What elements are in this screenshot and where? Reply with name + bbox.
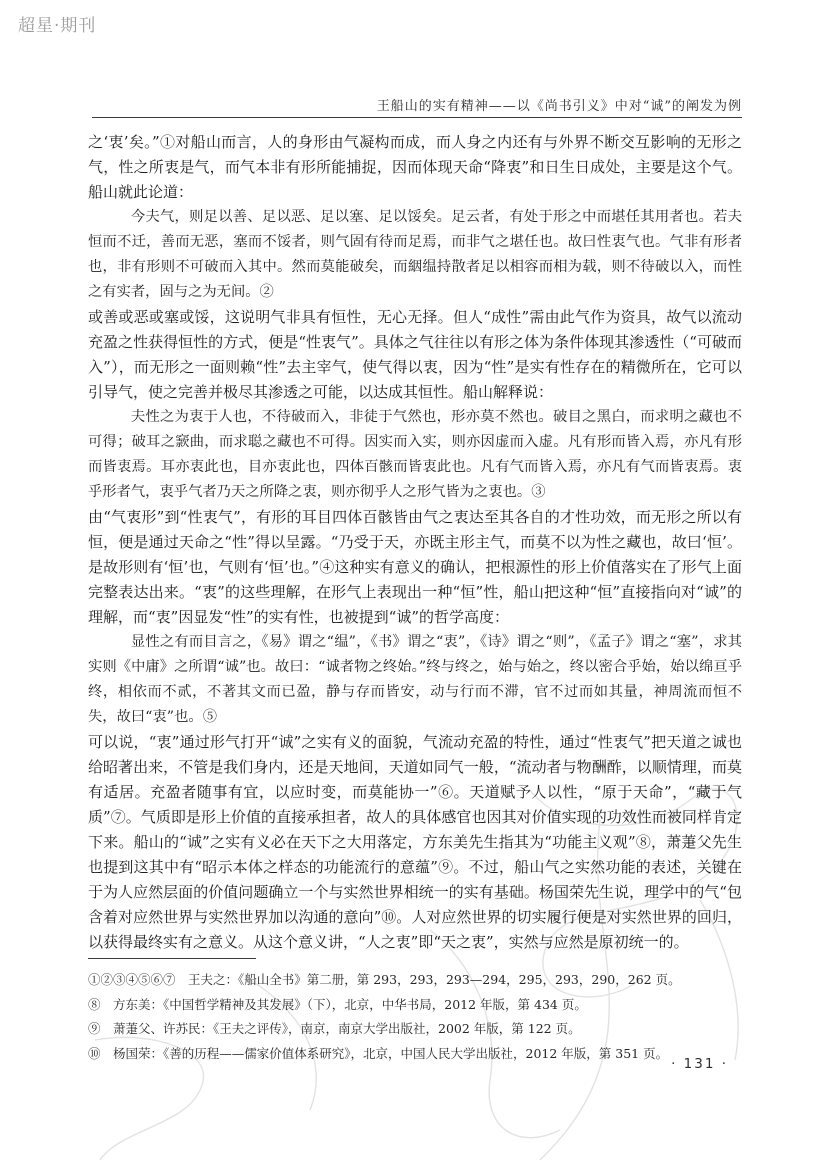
footnote-divider xyxy=(88,958,256,959)
footnote-item: ①②③④⑤⑥⑦ 王夫之：《船山全书》第二册，第 293，293，293—294，… xyxy=(88,968,742,993)
paragraph: 或善或恶或塞或馁，这说明气非具有恒性，无心无择。但人“成性”需由此气作为资具，故… xyxy=(88,305,742,405)
running-head-title: 王船山的实有精神——以《尚书引义》中对“诚”的阐发为例 xyxy=(92,95,742,114)
footnote-item: ⑨ 萧萐父、许苏民：《王夫之评传》，南京，南京大学出版社，2002 年版，第 1… xyxy=(88,1017,742,1042)
paragraph: 之‘衷’矣。”①对船山而言，人的身形由气凝构而成，而人身之内还有与外界不断交互影… xyxy=(88,130,742,205)
quote-block: 夫性之为衷于人也，不待破而入，非徒于气然也，形亦莫不然也。破目之黑白，而求明之藏… xyxy=(88,405,742,505)
platform-watermark: 超星·期刊 xyxy=(18,11,96,36)
footnote-item: ⑧ 方东美：《中国哲学精神及其发展》（下），北京，中华书局，2012 年版，第 … xyxy=(88,993,742,1018)
paragraph: 可以说，“衷”通过形气打开“诚”之实有义的面貌，气流动充盈的特性，通过“性衷气”… xyxy=(88,730,742,955)
header-rule xyxy=(92,117,742,118)
article-body: 之‘衷’矣。”①对船山而言，人的身形由气凝构而成，而人身之内还有与外界不断交互影… xyxy=(88,130,742,955)
quote-block: 今夫气，则足以善、足以恶、足以塞、足以馁矣。足云者，有处于形之中而堪任其用者也。… xyxy=(88,205,742,305)
journal-page: 超星·期刊 王船山的实有精神——以《尚书引义》中对“诚”的阐发为例 之‘衷’矣。… xyxy=(0,0,826,1169)
paragraph: 由“气衷形”到“性衷气”，有形的耳目四体百骸皆由气之衷达至其各自的才性功效，而无… xyxy=(88,505,742,630)
quote-block: 显性之有而目言之，《易》谓之“缊”，《书》谓之“衷”，《诗》谓之“则”，《孟子》… xyxy=(88,630,742,730)
footnotes-section: ①②③④⑤⑥⑦ 王夫之：《船山全书》第二册，第 293，293，293—294，… xyxy=(88,958,742,1066)
page-number: · 131 · xyxy=(0,1056,728,1072)
